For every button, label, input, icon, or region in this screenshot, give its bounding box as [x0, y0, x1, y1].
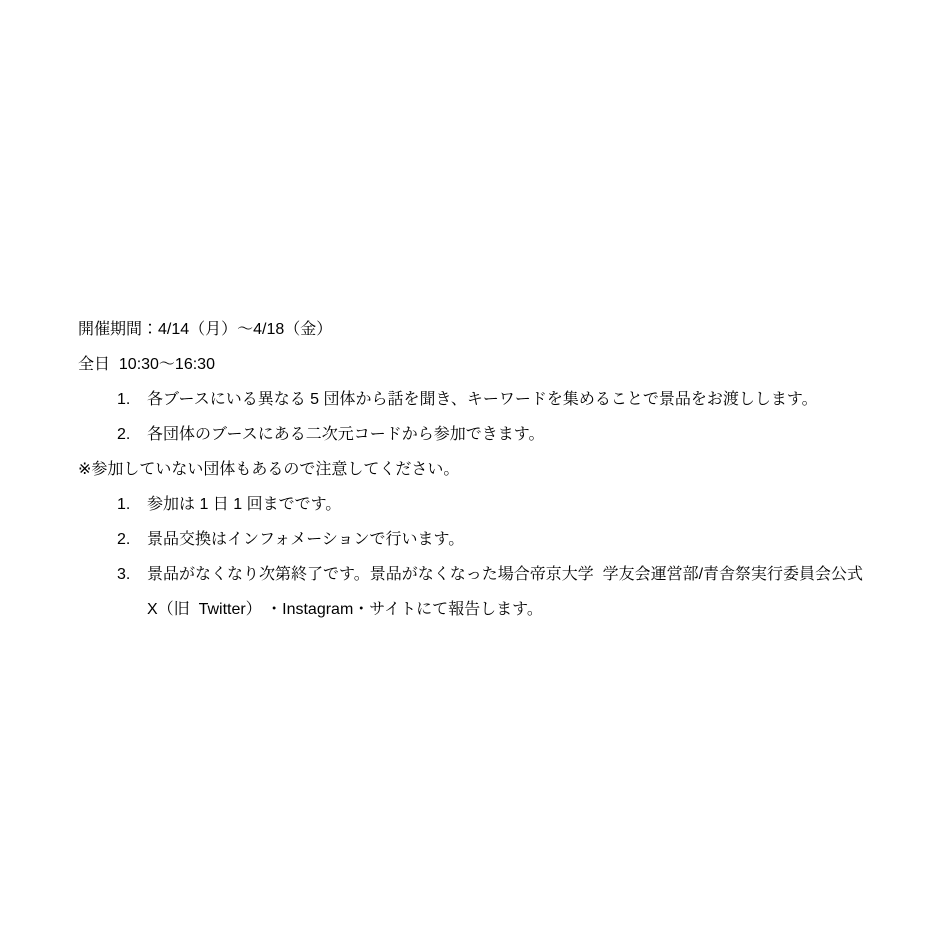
list-number: 2. [117, 522, 147, 557]
participation-step-2: 2. 各団体のブースにある二次元コードから参加できます。 [78, 417, 914, 452]
list-item-text: 景品がなくなり次第終了です。景品がなくなった場合帝京大学 学友会運営部/青舎祭実… [147, 557, 914, 627]
participation-steps-list: 1. 各ブースにいる異なる 5 団体から話を聞き、キーワードを集めることで景品を… [78, 382, 914, 452]
document-page: { "page": { "background_color": "#ffffff… [0, 0, 944, 944]
list-number: 1. [117, 487, 147, 522]
list-item-text: 各ブースにいる異なる 5 団体から話を聞き、キーワードを集めることで景品をお渡し… [147, 382, 914, 417]
list-number: 2. [117, 417, 147, 452]
rule-item-2: 2. 景品交換はインフォメーションで行います。 [78, 522, 914, 557]
list-item-text: 各団体のブースにある二次元コードから参加できます。 [147, 417, 914, 452]
list-number: 1. [117, 382, 147, 417]
event-period-line: 開催期間：4/14（月）～4/18（金） [78, 312, 914, 347]
rules-list: 1. 参加は 1 日 1 回までです。 2. 景品交換はインフォメーションで行い… [78, 487, 914, 627]
list-number: 3. [117, 557, 147, 592]
rule-item-1: 1. 参加は 1 日 1 回までです。 [78, 487, 914, 522]
rule-item-3: 3. 景品がなくなり次第終了です。景品がなくなった場合帝京大学 学友会運営部/青… [78, 557, 914, 627]
event-info-block: 開催期間：4/14（月）～4/18（金） 全日 10:30～16:30 1. 各… [78, 312, 914, 627]
list-item-text: 参加は 1 日 1 回までです。 [147, 487, 914, 522]
event-hours-line: 全日 10:30～16:30 [78, 347, 914, 382]
caution-note: ※参加していない団体もあるので注意してください。 [78, 452, 914, 487]
participation-step-1: 1. 各ブースにいる異なる 5 団体から話を聞き、キーワードを集めることで景品を… [78, 382, 914, 417]
list-item-text: 景品交換はインフォメーションで行います。 [147, 522, 914, 557]
